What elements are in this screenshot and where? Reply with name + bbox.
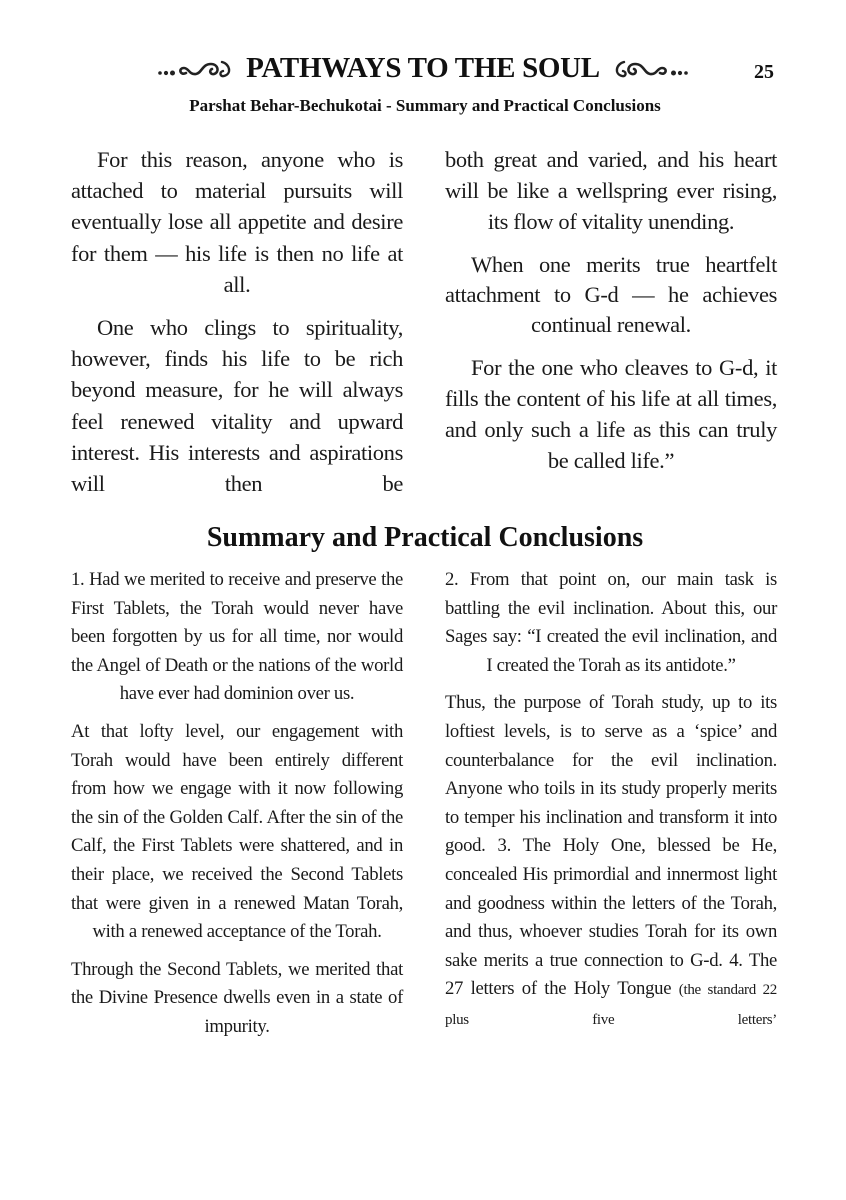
summary-point-1: 1. Had we merited to receive and preserv… <box>71 566 403 709</box>
running-title: PATHWAYS TO THE SOUL <box>130 52 716 85</box>
paragraph: When one merits true heartfelt attachmen… <box>445 250 777 340</box>
chapter-subtitle: Parshat Behar-Bechukotai - Summary and P… <box>0 96 846 116</box>
paragraph: Thus, the purpose of Torah study, up to … <box>445 689 777 1034</box>
paragraph: both great and varied, and his heart wil… <box>445 144 777 238</box>
paragraph: One who clings to spirituality, however,… <box>71 312 403 499</box>
upper-left-column: For this reason, anyone who is attached … <box>71 144 403 499</box>
summary-left-column: 1. Had we merited to receive and preserv… <box>71 566 403 1042</box>
summary-right-column: 2. From that point on, our main task is … <box>445 566 777 1035</box>
paragraph: For the one who cleaves to G-d, it fills… <box>445 352 777 477</box>
flourish-left-icon <box>156 56 240 82</box>
upper-right-column: both great and varied, and his heart wil… <box>445 144 777 476</box>
paragraph: For this reason, anyone who is attached … <box>71 144 403 300</box>
paragraph: At that lofty level, our engagement with… <box>71 718 403 947</box>
flourish-right-icon <box>606 56 690 82</box>
running-title-text: PATHWAYS TO THE SOUL <box>240 52 606 85</box>
page-header: PATHWAYS TO THE SOUL 25 <box>0 52 846 92</box>
paragraph: Through the Second Tablets, we merited t… <box>71 956 403 1042</box>
page-number: 25 <box>754 61 774 84</box>
paragraph-text: Thus, the purpose of Torah study, up to … <box>445 692 777 999</box>
section-heading: Summary and Practical Conclusions <box>0 522 846 554</box>
summary-point-2: 2. From that point on, our main task is … <box>445 566 777 680</box>
